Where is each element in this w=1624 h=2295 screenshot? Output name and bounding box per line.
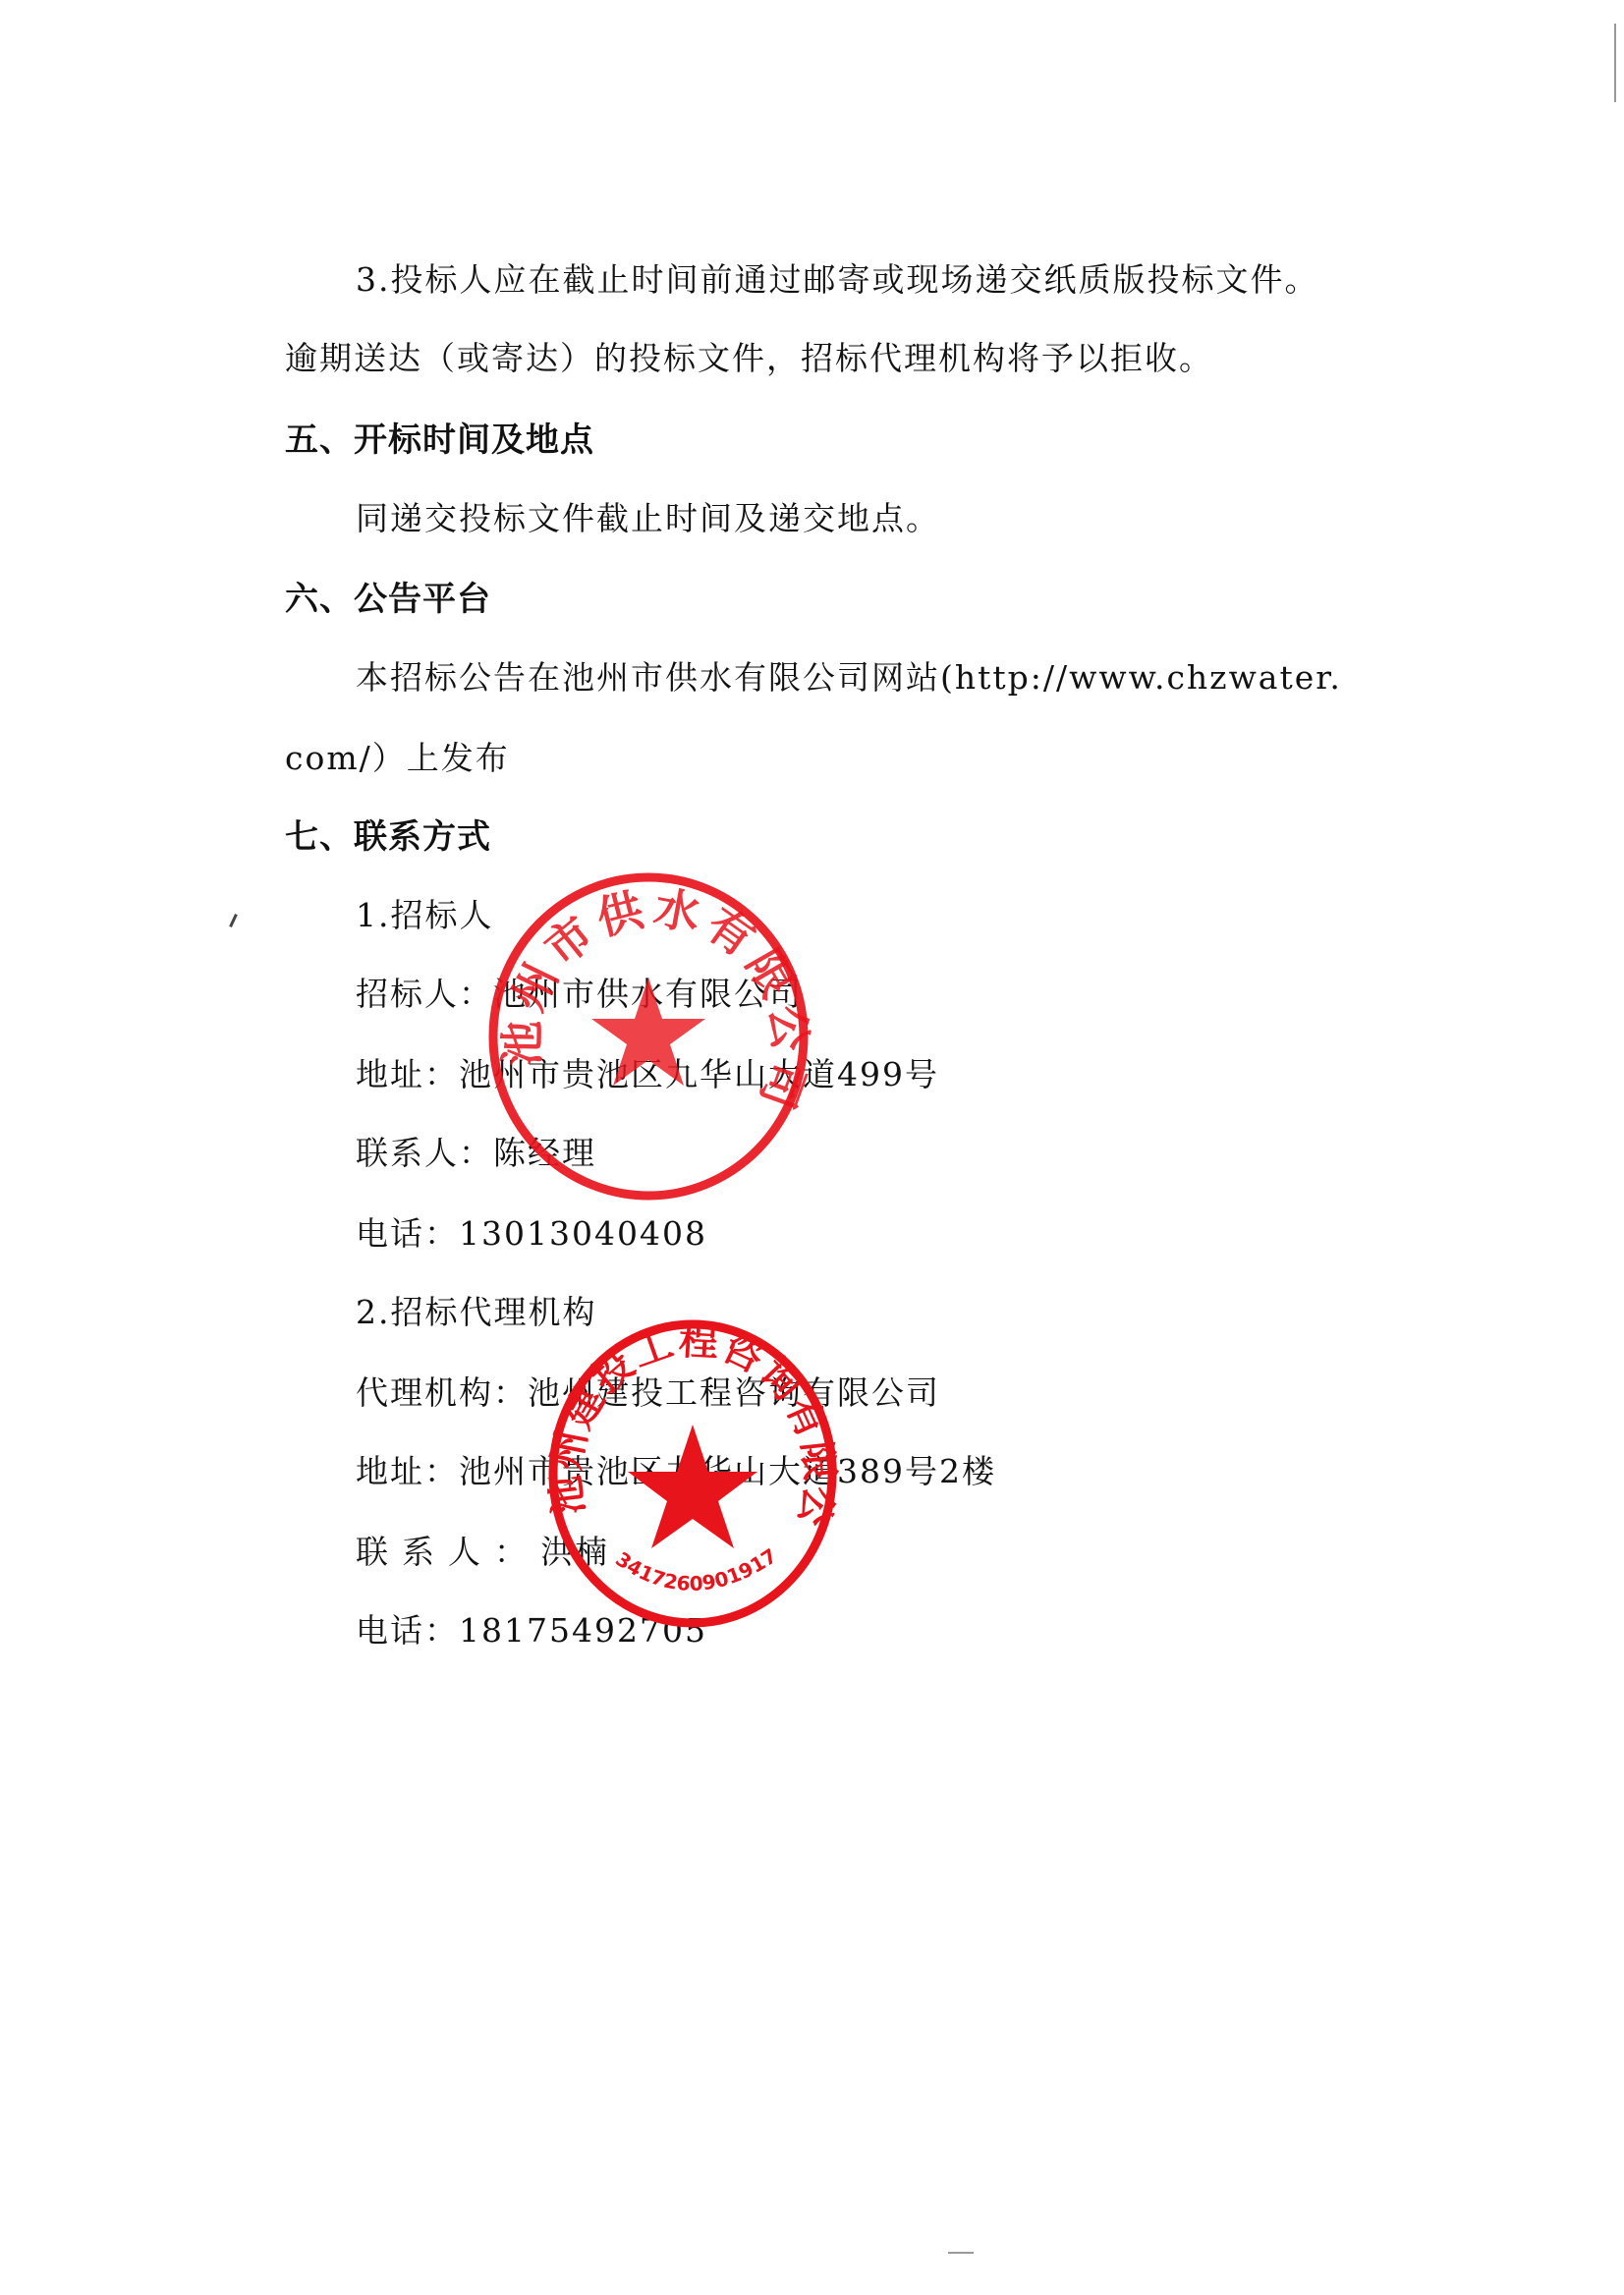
agency-contact: 洪楠 bbox=[540, 1533, 609, 1571]
tenderer-title: 1.招标人 bbox=[356, 896, 494, 935]
paragraph-item3-line2: 逾期送达（或寄达）的投标文件，招标代理机构将予以拒收。 bbox=[285, 339, 1213, 378]
tenderer-contact-label: 联系人： bbox=[356, 1134, 493, 1172]
section5-heading: 五、开标时间及地点 bbox=[285, 420, 594, 460]
paragraph-item3-line1: 3.投标人应在截止时间前通过邮寄或现场递交纸质版投标文件。 bbox=[356, 260, 1319, 300]
agency-name-label: 代理机构： bbox=[356, 1373, 528, 1412]
scan-dash-mark bbox=[948, 2252, 974, 2254]
section6-body-line1: 本招标公告在池州市供水有限公司网站(http://www.chzwater. bbox=[356, 658, 1342, 698]
agency-phone-row: 电话：18175492705 bbox=[356, 1611, 707, 1651]
tenderer-address-row: 地址：池州市贵池区九华山大道499号 bbox=[356, 1055, 939, 1094]
tenderer-name: 池州市供水有限公司 bbox=[493, 975, 803, 1013]
agency-title: 2.招标代理机构 bbox=[356, 1293, 597, 1332]
section6-heading: 六、公告平台 bbox=[285, 580, 491, 619]
agency-phone-label: 电话： bbox=[356, 1611, 459, 1650]
agency-phone: 18175492705 bbox=[459, 1611, 707, 1650]
agency-name-row: 代理机构：池州建投工程咨询有限公司 bbox=[356, 1373, 940, 1413]
section6-body-line2: com/）上发布 bbox=[285, 739, 510, 778]
tenderer-name-row: 招标人：池州市供水有限公司 bbox=[356, 975, 803, 1014]
svg-text:池州建投工程咨询有限公司: 池州建投工程咨询有限公司 bbox=[545, 1316, 840, 1532]
tenderer-phone-label: 电话： bbox=[356, 1214, 459, 1253]
svg-text:3417260901917: 3417260901917 bbox=[611, 1543, 781, 1595]
seal2-text: 池州建投工程咨询有限公司 bbox=[545, 1316, 840, 1532]
seal2-number: 3417260901917 bbox=[611, 1543, 781, 1595]
agency-address-row: 地址：池州市贵池区九华山大道389号2楼 bbox=[356, 1452, 996, 1491]
scan-tick-mark bbox=[229, 914, 238, 927]
tenderer-name-label: 招标人： bbox=[356, 975, 493, 1013]
section5-body: 同递交投标文件截止时间及递交地点。 bbox=[356, 499, 940, 538]
agency-name: 池州建投工程咨询有限公司 bbox=[528, 1373, 940, 1412]
agency-address-label: 地址： bbox=[356, 1452, 459, 1490]
tenderer-address: 池州市贵池区九华山大道499号 bbox=[459, 1055, 939, 1093]
document-page: 3.投标人应在截止时间前通过邮寄或现场递交纸质版投标文件。 逾期送达（或寄达）的… bbox=[0, 0, 1624, 2295]
tenderer-phone: 13013040408 bbox=[459, 1214, 707, 1253]
agency-address: 池州市贵池区九华山大道389号2楼 bbox=[459, 1452, 996, 1490]
tenderer-contact-row: 联系人：陈经理 bbox=[356, 1134, 596, 1173]
section7-heading: 七、联系方式 bbox=[285, 817, 491, 857]
agency-contact-label: 联系人： bbox=[356, 1533, 540, 1571]
scan-edge-mark bbox=[1614, 24, 1616, 102]
tenderer-contact: 陈经理 bbox=[493, 1134, 596, 1172]
agency-contact-row: 联系人：洪楠 bbox=[356, 1533, 609, 1572]
tenderer-address-label: 地址： bbox=[356, 1055, 459, 1093]
tenderer-phone-row: 电话：13013040408 bbox=[356, 1214, 707, 1254]
